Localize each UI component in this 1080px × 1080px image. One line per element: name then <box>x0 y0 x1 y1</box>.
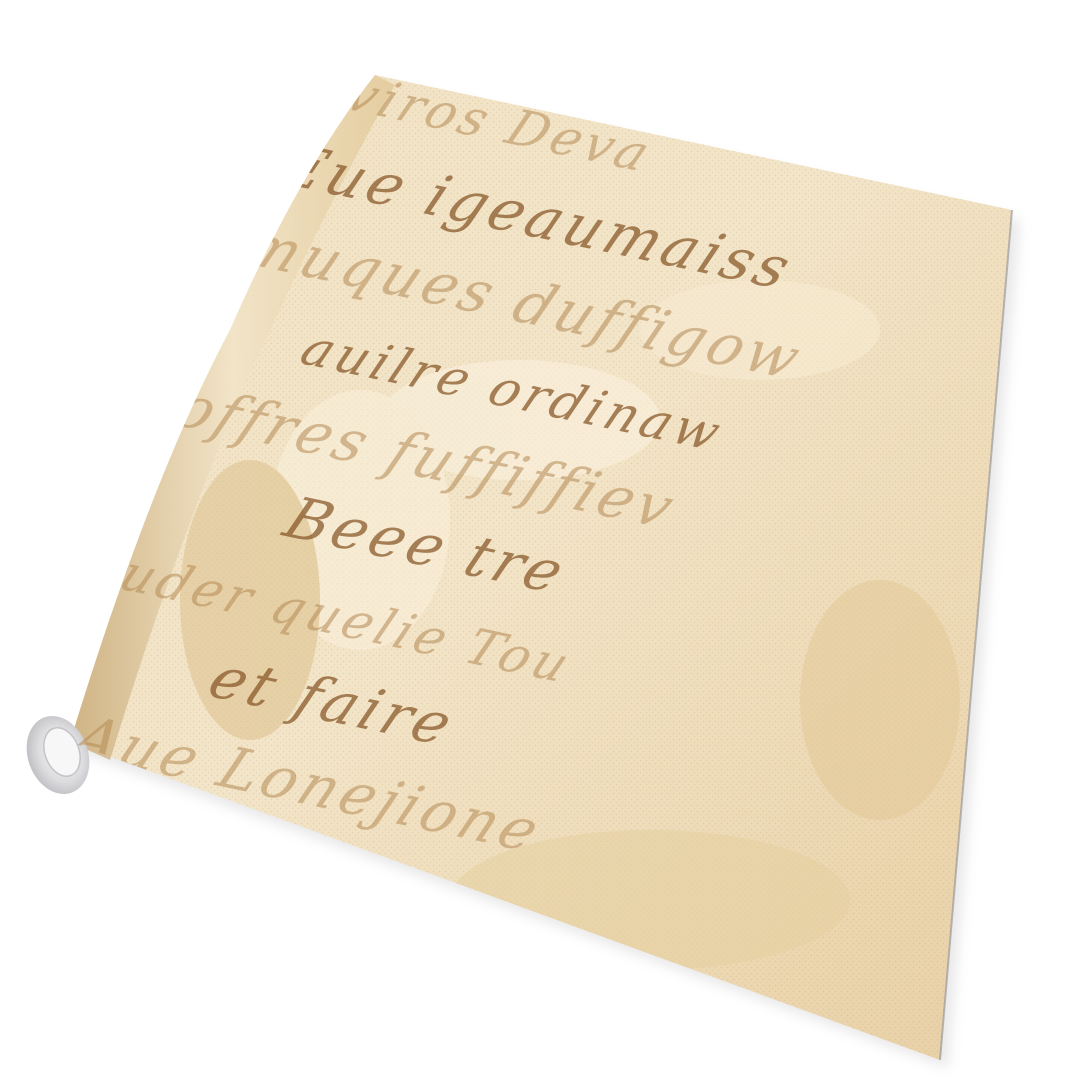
wrapping-paper-scene: enviros DevaEue igeaumaissmuques duffigo… <box>0 0 1080 1080</box>
